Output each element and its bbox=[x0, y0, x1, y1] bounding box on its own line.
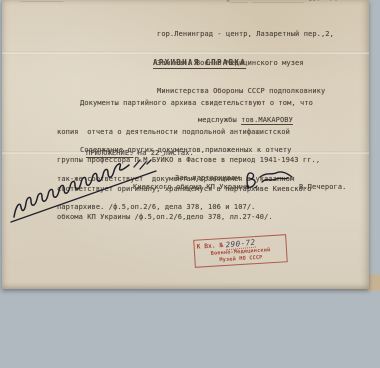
document-page: №__________ „____“____________ 197 г. го… bbox=[2, 0, 369, 289]
signer-position-line2: Киевского обкома КП Украины bbox=[133, 183, 250, 193]
body-line: Документы партийного архива свидетельств… bbox=[57, 99, 320, 109]
handwritten-signature bbox=[242, 168, 296, 194]
signer-typed-name: В.Печерога. bbox=[299, 183, 346, 193]
incoming-registration-stamp: К Вх. №290-72 Военно-Медицинский Музей М… bbox=[193, 234, 288, 268]
addressee-line: гор.Ленинград - центр, Лазаретный пер.,2… bbox=[157, 30, 334, 40]
form-date-line-fragment: „____“____________ 197 г. bbox=[226, 0, 338, 5]
photo-of-document: №__________ „____“____________ 197 г. го… bbox=[0, 0, 380, 368]
form-number-line-fragment: №__________ bbox=[16, 0, 63, 4]
document-title: АРХИВНАЯ СПРАВКА bbox=[153, 58, 246, 68]
